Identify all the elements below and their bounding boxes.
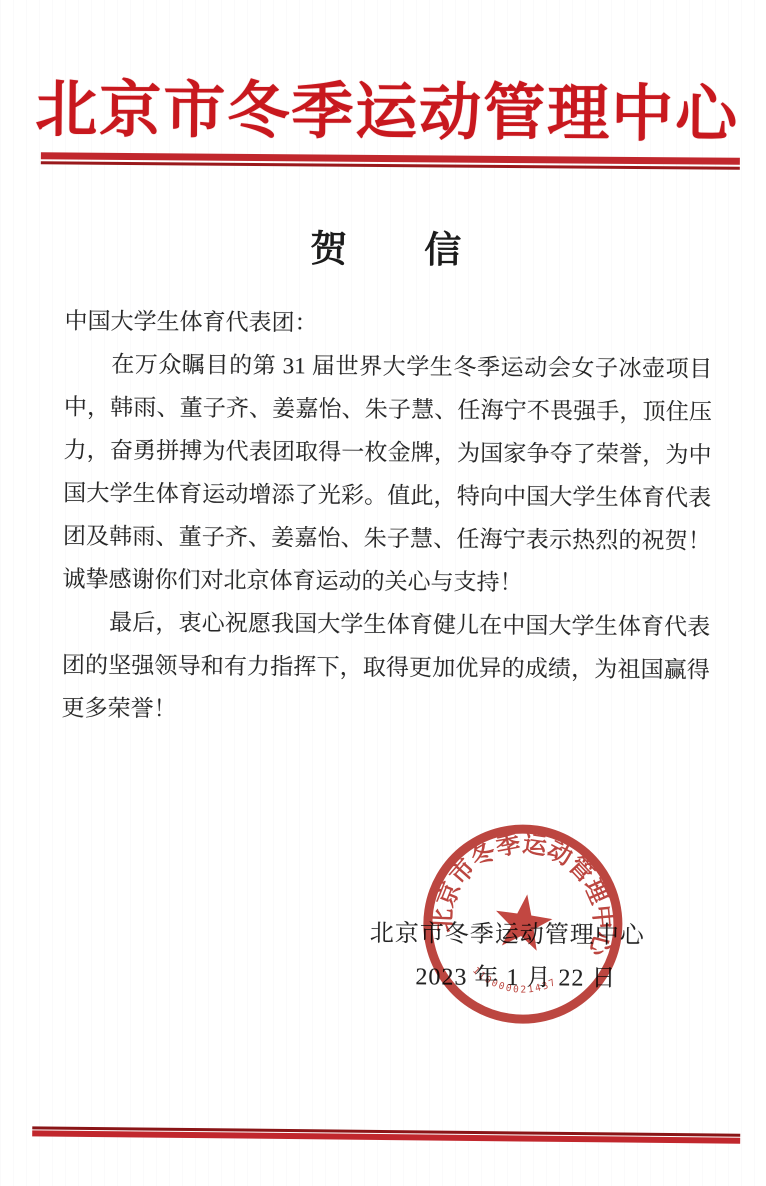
letter-page: 北京市冬季运动管理中心 贺 信 中国大学生体育代表团： 在万众瞩目的第 31 届… [0,0,766,1186]
body-line: 在万众瞩目的第 31 届世界大学生冬季运动会女子冰壶项目 [64,342,712,390]
body-line: 力，奋勇拼搏为代表团取得一枚金牌，为国家争夺了荣誉，为中 [63,428,711,476]
signature-org-name: 北京市冬季运动管理中心 [370,913,645,950]
signature-date: 2023 年 1 月 22 日 [415,956,616,993]
body-line-salutation: 中国大学生体育代表团： [64,299,712,347]
body-line: 中，韩雨、董子齐、姜嘉怡、朱子慧、任海宁不畏强手，顶住压 [64,385,712,433]
letter-body: 中国大学生体育代表团： 在万众瞩目的第 31 届世界大学生冬季运动会女子冰壶项目… [61,299,712,734]
letterhead-rule [41,152,740,169]
body-line: 最后，衷心祝愿我国大学生体育健儿在中国大学生体育代表 [62,600,710,648]
body-line: 诚挚感谢你们对北京体育运动的关心与支持！ [62,557,710,605]
footer-rule [32,1126,740,1143]
body-line: 团的坚强领导和有力指挥下，取得更加优异的成绩，为祖国赢得 [62,643,710,691]
body-line: 团及韩雨、董子齐、姜嘉怡、朱子慧、任海宁表示热烈的祝贺！ [63,514,711,562]
body-line: 国大学生体育运动增添了光彩。值此，特向中国大学生体育代表 [63,471,711,519]
body-line: 更多荣誉！ [61,686,709,734]
letterhead-org-name: 北京市冬季运动管理中心 [4,59,766,154]
letter-title: 贺 信 [3,216,766,276]
